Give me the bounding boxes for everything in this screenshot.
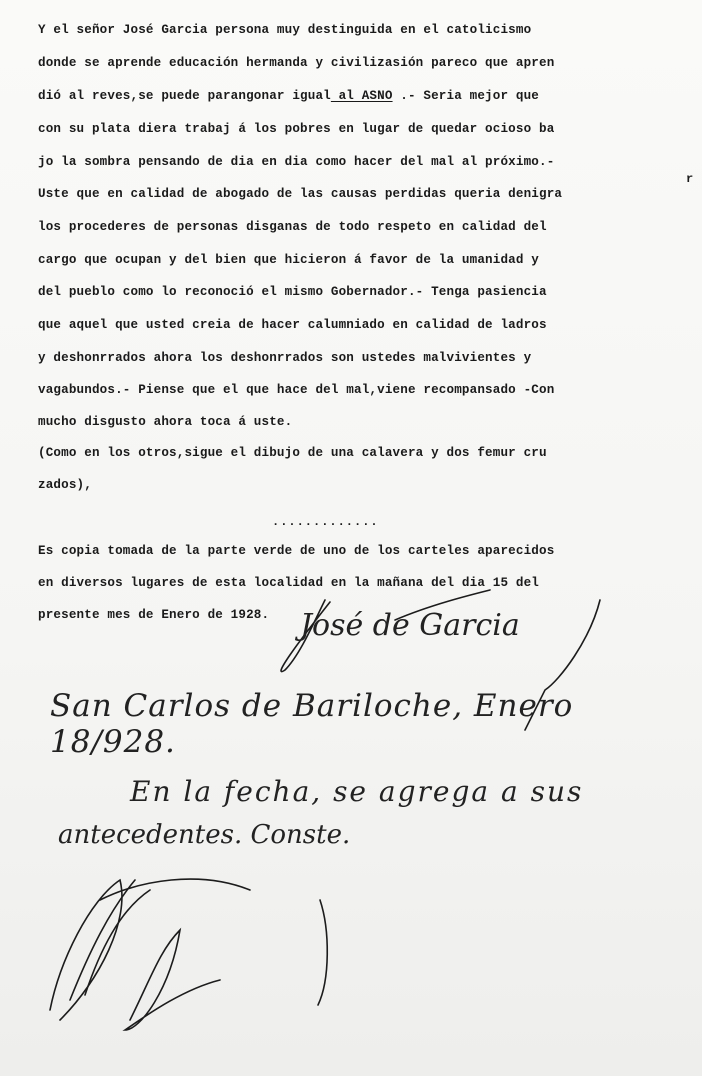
handwritten-signature-1: José de Garcia xyxy=(300,608,520,643)
handwriting-ink xyxy=(0,0,702,1076)
document-page: Y el señor José Garcia persona muy desti… xyxy=(0,0,702,1076)
handwritten-note-line-2: antecedentes. Conste. xyxy=(58,820,350,850)
handwritten-note-line-1: En la fecha, se agrega a sus xyxy=(130,775,583,808)
handwritten-place-date: San Carlos de Bariloche, Enero 18/928. xyxy=(50,688,702,760)
